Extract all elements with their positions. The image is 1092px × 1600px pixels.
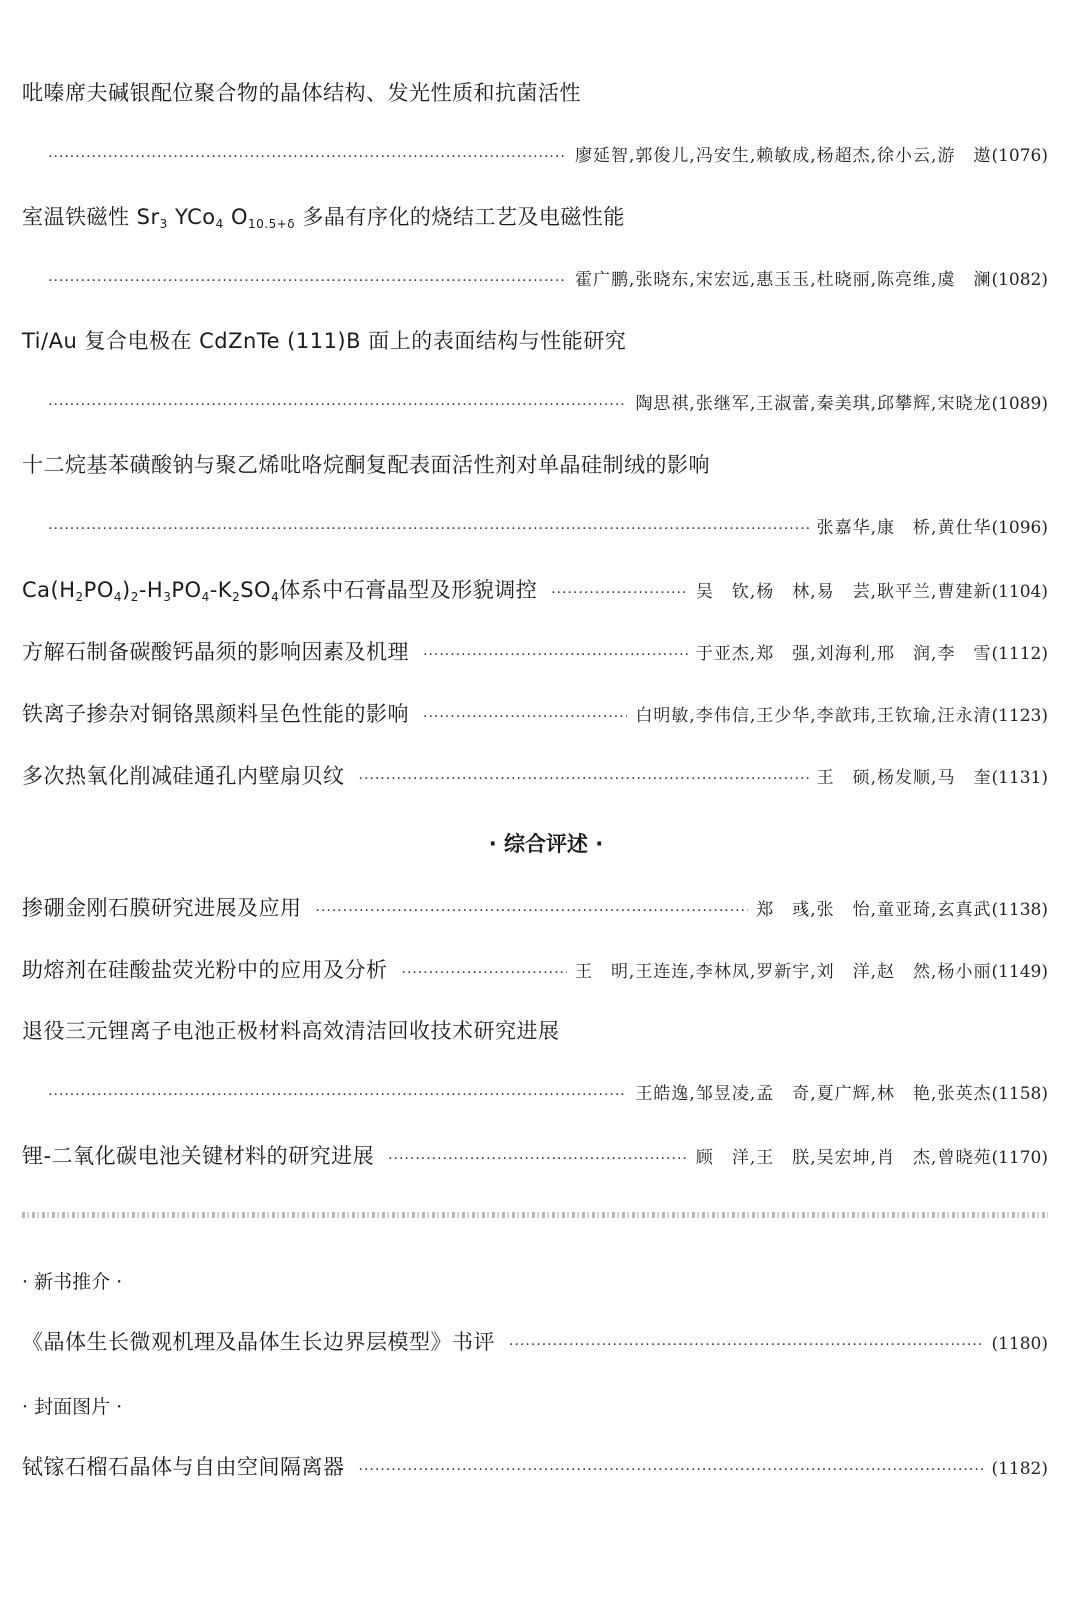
- title-text: Ca(H: [22, 578, 76, 602]
- article-authors: 王 明,王连连,李林凤,罗新宇,刘 洋,赵 然,杨小丽: [575, 959, 991, 985]
- article-page-number[interactable]: (1180): [991, 1331, 1048, 1357]
- article-title[interactable]: 助熔剂在硅酸盐荧光粉中的应用及分析: [22, 957, 388, 983]
- article-authors: 顾 洋,王 朕,吴宏坤,肖 杰,曾晓苑: [696, 1145, 992, 1171]
- dot-leader: [48, 516, 809, 542]
- article-authors: 张嘉华,康 桥,黄仕华: [817, 515, 992, 541]
- article-entry: 掺硼金刚石膜研究进展及应用 郑 彧,张 怡,童亚琦,玄真武 (1138): [22, 895, 1048, 924]
- article-title[interactable]: Ca(H2PO4)2-H3PO4-K2SO4体系中石膏晶型及形貌调控: [22, 577, 537, 610]
- article-authors: 霍广鹏,张晓东,宋宏远,惠玉玉,杜晓丽,陈亮维,虞 澜: [575, 267, 991, 293]
- article-entry: 多次热氧化削减硅通孔内壁扇贝纹 王 硕,杨发顺,马 奎 (1131): [22, 763, 1048, 792]
- article-title[interactable]: 铁离子掺杂对铜铬黑颜料呈色性能的影响: [22, 701, 409, 727]
- article-page-number[interactable]: (1170): [991, 1145, 1048, 1171]
- title-text: 多晶有序化的烧结工艺及电磁性能: [295, 205, 625, 229]
- dot-leader: [388, 1146, 688, 1172]
- title-text: ): [122, 578, 131, 602]
- title-text: PO: [84, 578, 114, 602]
- article-title[interactable]: 锂-二氧化碳电池关键材料的研究进展: [22, 1143, 374, 1169]
- article-entry: 锂-二氧化碳电池关键材料的研究进展 顾 洋,王 朕,吴宏坤,肖 杰,曾晓苑 (1…: [22, 1143, 1048, 1172]
- subscript: 4: [271, 590, 279, 604]
- dot-leader: [551, 580, 688, 606]
- article-authors: 王皓逸,邹昱凌,孟 奇,夏广辉,林 艳,张英杰: [635, 1081, 991, 1107]
- article-authors: 吴 钦,杨 林,易 芸,耿平兰,曹建新: [696, 579, 992, 605]
- article-title[interactable]: 室温铁磁性 Sr3 YCo4 O10.5+δ 多晶有序化的烧结工艺及电磁性能: [22, 204, 625, 237]
- article-title[interactable]: 铽镓石榴石晶体与自由空间隔离器: [22, 1454, 345, 1480]
- article-page-number[interactable]: (1182): [991, 1456, 1048, 1482]
- section-heading-review: · 综合评述 ·: [0, 828, 1092, 858]
- article-page-number[interactable]: (1089): [991, 391, 1048, 417]
- title-text: 体系中石膏晶型及形貌调控: [279, 578, 537, 602]
- article-byline: 霍广鹏,张晓东,宋宏远,惠玉玉,杜晓丽,陈亮维,虞 澜 (1082): [48, 267, 1048, 294]
- article-byline: 张嘉华,康 桥,黄仕华 (1096): [48, 515, 1048, 542]
- article-entry: 《晶体生长微观机理及晶体生长边界层模型》书评 (1180): [22, 1329, 1048, 1358]
- article-authors: 王 硕,杨发顺,马 奎: [817, 765, 992, 791]
- subscript: 2: [76, 590, 84, 604]
- article-entry: 助熔剂在硅酸盐荧光粉中的应用及分析 王 明,王连连,李林凤,罗新宇,刘 洋,赵 …: [22, 957, 1048, 986]
- article-title[interactable]: 十二烷基苯磺酸钠与聚乙烯吡咯烷酮复配表面活性剂对单晶硅制绒的影响: [22, 452, 710, 478]
- article-title[interactable]: 吡嗪席夫碱银配位聚合物的晶体结构、发光性质和抗菌活性: [22, 80, 581, 106]
- subscript: 3: [160, 217, 168, 231]
- dot-leader: [359, 1457, 984, 1483]
- title-text: PO: [171, 578, 201, 602]
- article-page-number[interactable]: (1112): [991, 641, 1048, 667]
- dot-leader: [402, 960, 568, 986]
- article-entry: Ca(H2PO4)2-H3PO4-K2SO4体系中石膏晶型及形貌调控 吴 钦,杨…: [22, 577, 1048, 610]
- dot-leader: [316, 898, 749, 924]
- article-entry: 铽镓石榴石晶体与自由空间隔离器 (1182): [22, 1454, 1048, 1483]
- article-entry: 铁离子掺杂对铜铬黑颜料呈色性能的影响 白明敏,李伟信,王少华,李歆玮,王钦瑜,汪…: [22, 701, 1048, 730]
- article-authors: 白明敏,李伟信,王少华,李歆玮,王钦瑜,汪永清: [635, 703, 991, 729]
- article-page-number[interactable]: (1076): [991, 143, 1048, 169]
- article-title[interactable]: 《晶体生长微观机理及晶体生长边界层模型》书评: [22, 1329, 495, 1355]
- article-title[interactable]: 退役三元锂离子电池正极材料高效清洁回收技术研究进展: [22, 1018, 560, 1044]
- dot-leader: [48, 144, 567, 170]
- dot-leader: [48, 1082, 627, 1108]
- article-page-number[interactable]: (1158): [991, 1081, 1048, 1107]
- title-text: YCo: [168, 205, 216, 229]
- dot-leader: [423, 704, 627, 730]
- article-page-number[interactable]: (1104): [991, 579, 1048, 605]
- article-page-number[interactable]: (1082): [991, 267, 1048, 293]
- article-title[interactable]: 掺硼金刚石膜研究进展及应用: [22, 895, 302, 921]
- article-title[interactable]: 方解石制备碳酸钙晶须的影响因素及机理: [22, 639, 409, 665]
- article-page-number[interactable]: (1131): [991, 765, 1048, 791]
- table-of-contents-page: 吡嗪席夫碱银配位聚合物的晶体结构、发光性质和抗菌活性 廖延智,郭俊儿,冯安生,赖…: [0, 0, 1092, 1600]
- article-byline: 陶思祺,张继军,王淑蕾,秦美琪,邱攀辉,宋晓龙 (1089): [48, 391, 1048, 418]
- article-byline: 廖延智,郭俊儿,冯安生,赖敏成,杨超杰,徐小云,游 遨 (1076): [48, 143, 1048, 170]
- title-text: -K: [210, 578, 232, 602]
- article-authors: 于亚杰,郑 强,刘海利,邢 润,李 雪: [696, 641, 992, 667]
- article-authors: 郑 彧,张 怡,童亚琦,玄真武: [756, 897, 991, 923]
- dot-leader: [509, 1332, 983, 1358]
- subscript: 4: [202, 590, 210, 604]
- title-text: O: [224, 205, 248, 229]
- article-byline: 王皓逸,邹昱凌,孟 奇,夏广辉,林 艳,张英杰 (1158): [48, 1081, 1048, 1108]
- decorative-divider: [22, 1212, 1048, 1218]
- dot-leader: [359, 766, 809, 792]
- article-entry: 方解石制备碳酸钙晶须的影响因素及机理 于亚杰,郑 强,刘海利,邢 润,李 雪 (…: [22, 639, 1048, 668]
- title-text: SO: [240, 578, 271, 602]
- section-heading-new-books: · 新书推介 ·: [22, 1267, 122, 1294]
- dot-leader: [423, 642, 688, 668]
- article-title[interactable]: Ti/Au 复合电极在 CdZnTe (111)B 面上的表面结构与性能研究: [22, 328, 626, 354]
- subscript: 10.5+δ: [248, 217, 295, 231]
- article-page-number[interactable]: (1123): [991, 703, 1048, 729]
- article-page-number[interactable]: (1138): [991, 897, 1048, 923]
- title-text: 室温铁磁性 Sr: [22, 205, 160, 229]
- article-authors: 陶思祺,张继军,王淑蕾,秦美琪,邱攀辉,宋晓龙: [635, 391, 991, 417]
- section-heading-cover-image: · 封面图片 ·: [22, 1392, 122, 1419]
- dot-leader: [48, 268, 567, 294]
- subscript: 4: [114, 590, 122, 604]
- dot-leader: [48, 392, 627, 418]
- article-page-number[interactable]: (1149): [991, 959, 1048, 985]
- article-authors: 廖延智,郭俊儿,冯安生,赖敏成,杨超杰,徐小云,游 遨: [575, 143, 991, 169]
- subscript: 2: [232, 590, 240, 604]
- title-text: -H: [139, 578, 163, 602]
- subscript: 4: [216, 217, 224, 231]
- article-title[interactable]: 多次热氧化削减硅通孔内壁扇贝纹: [22, 763, 345, 789]
- article-page-number[interactable]: (1096): [991, 515, 1048, 541]
- subscript: 2: [131, 590, 139, 604]
